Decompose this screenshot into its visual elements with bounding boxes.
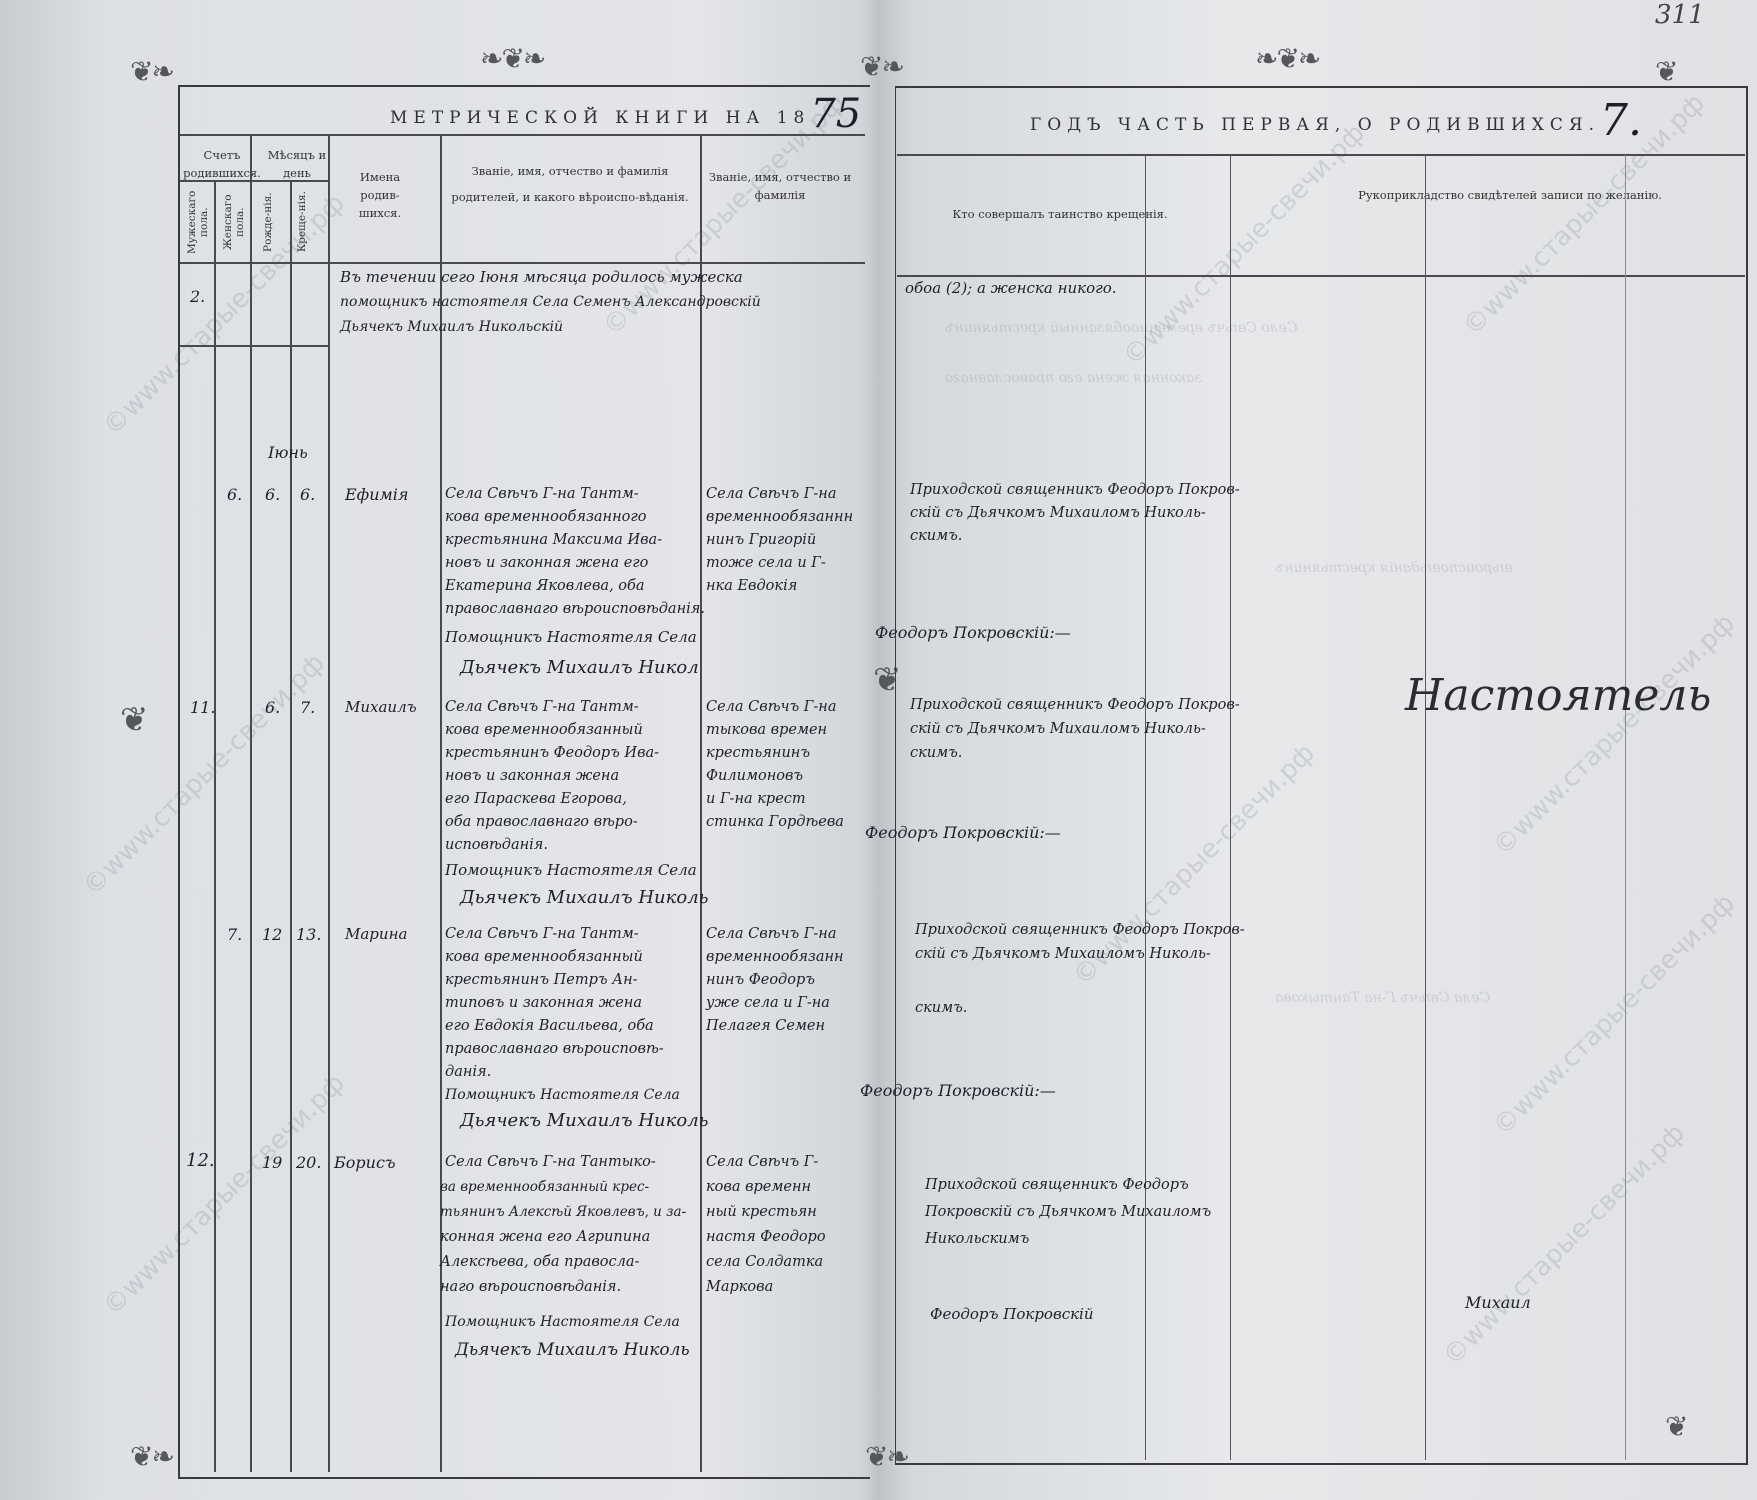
corner-ornament-icon: ❦❧ bbox=[130, 1440, 173, 1473]
header-rule bbox=[180, 180, 330, 182]
entry-child-name: Михаилъ bbox=[345, 695, 417, 720]
godparents-line: ный крестьян bbox=[706, 1200, 817, 1225]
clergy-signature: Дьячекъ Михаилъ Николь bbox=[460, 1108, 708, 1133]
godparents-line: Села Свѣчъ Г-на bbox=[706, 482, 836, 507]
baptized-by-line: скій съ Дьячкомъ Михаиломъ Николь- bbox=[910, 501, 1206, 526]
godparents-line: стинка Гордѣева bbox=[706, 810, 844, 835]
parents-line: кова временнообязанный bbox=[445, 945, 643, 970]
column-line bbox=[328, 135, 330, 1472]
entry-baptism-day: 7. bbox=[300, 698, 315, 717]
bleed-through-text: вѣроисповѣданія крестьянинъ bbox=[1275, 560, 1513, 576]
entry-birth-day: 6. bbox=[265, 698, 280, 717]
parents-line: крестьянинъ Феодоръ Ива- bbox=[445, 741, 659, 766]
godparents-line: кова временн bbox=[706, 1175, 811, 1200]
parents-line: данія. bbox=[445, 1060, 491, 1085]
baptized-by-line: скимъ. bbox=[910, 524, 962, 549]
parents-line: его Параскева Егорова, bbox=[445, 787, 627, 812]
parents-line: Екатерина Яковлева, оба bbox=[445, 574, 645, 599]
parents-line: Села Свѣчъ Г-на Тантм- bbox=[445, 922, 639, 947]
baptized-by-line: скій съ Дьячкомъ Михаиломъ Николь- bbox=[910, 717, 1206, 742]
header-witnesses: Рукоприкладство свидѣтелей записи по жел… bbox=[1305, 178, 1715, 212]
entry-baptism-day: 20. bbox=[296, 1153, 321, 1172]
baptized-by-line: Приходской священникъ Феодоръ Покров- bbox=[910, 693, 1240, 718]
entry-summary-line: Въ течении сего Іюня мѣсяца родилось муж… bbox=[340, 265, 743, 290]
entry-summary-line: Дьячекъ Михаилъ Никольскій bbox=[340, 315, 563, 340]
clergy-signature: Помощникъ Настоятеля Села bbox=[445, 625, 697, 650]
godparents-line: нинъ Феодоръ bbox=[706, 968, 815, 993]
witness-signature: Михаил bbox=[1465, 1290, 1531, 1315]
parents-line: тьянинъ Алексѣй Яковлевъ, и за- bbox=[440, 1200, 686, 1225]
parents-line: православнаго вѣроисповѣданія. bbox=[445, 597, 705, 622]
parents-line: Села Свѣчъ Г-на Тантыко- bbox=[445, 1150, 656, 1175]
left-page: ❦❧ ❧❦❧ ❦❧ ❦ МЕТРИЧЕСКОЙ КНИГИ НА 1875 Сч… bbox=[0, 0, 865, 1500]
corner-ornament-icon: ❦❧ bbox=[130, 55, 173, 88]
bleed-through-text: Село Свѣчъ временнообязанный крестьянинъ bbox=[945, 320, 1298, 336]
open-register-book: ©www.старые-свечи.рф ©www.старые-свечи.р… bbox=[0, 0, 1757, 1500]
godparents-line: уже села и Г-на bbox=[706, 991, 830, 1016]
parents-line: Села Свѣчъ Г-на Тантм- bbox=[445, 695, 639, 720]
parents-line: Села Свѣчъ Г-на Тантм- bbox=[445, 482, 639, 507]
side-ornament-icon: ❦ bbox=[120, 700, 147, 740]
clergy-signature: Помощникъ Настоятеля Села bbox=[445, 1310, 680, 1335]
header-birth: Рожде-нія. bbox=[262, 186, 286, 258]
parents-line: исповѣданія. bbox=[445, 833, 548, 858]
entry-birth-day: 12 bbox=[262, 925, 282, 944]
superior-signature: Настоятель bbox=[1405, 670, 1711, 721]
top-ornament-icon: ❧❦❧ bbox=[1255, 42, 1319, 75]
godparents-line: Маркова bbox=[706, 1275, 773, 1300]
godparents-line: нка Евдокія bbox=[706, 574, 797, 599]
entry-summary-right: обоа (2); а женска никого. bbox=[905, 276, 1117, 301]
baptized-by-line: Приходской священникъ Феодоръ bbox=[925, 1173, 1189, 1198]
parents-line: наго вѣроисповѣданія. bbox=[440, 1275, 621, 1300]
entry-baptism-day: 6. bbox=[300, 485, 315, 504]
baptized-by-line: Никольскимъ bbox=[925, 1227, 1029, 1252]
column-line bbox=[700, 135, 702, 1472]
godparents-line: настя Феодоро bbox=[706, 1225, 826, 1250]
godparents-line: села Солдатка bbox=[706, 1250, 823, 1275]
clergy-signature: Помощникъ Настоятеля Села bbox=[445, 858, 697, 883]
bleed-through-text: законная жена его православнаго bbox=[945, 370, 1202, 386]
header-bottom-rule bbox=[180, 262, 865, 264]
godparents-line: тыкова времен bbox=[706, 718, 827, 743]
entry-male-no: 2. bbox=[190, 287, 205, 306]
godparents-line: временнообязанн bbox=[706, 945, 844, 970]
godparents-line: Села Свѣчъ Г- bbox=[706, 1150, 818, 1175]
parents-line: крестьянинъ Петръ Ан- bbox=[445, 968, 638, 993]
corner-ornament-icon: ❦❧ bbox=[860, 50, 903, 83]
row-rule bbox=[180, 345, 330, 347]
parents-line: ва временнообязанный крес- bbox=[440, 1175, 649, 1200]
column-line bbox=[250, 135, 252, 1472]
parents-line: православнаго вѣроисповѣ- bbox=[445, 1037, 664, 1062]
parents-line: конная жена его Агрипина bbox=[440, 1225, 650, 1250]
header-baptized-by: Кто совершалъ таинство крещенія. bbox=[930, 205, 1190, 223]
baptized-by-line: скій съ Дьячкомъ Михаиломъ Николь- bbox=[915, 942, 1211, 967]
entry-child-name: Борисъ bbox=[334, 1150, 396, 1175]
month-note: Іюнь bbox=[268, 440, 308, 465]
baptized-by-line: Покровскій съ Дьячкомъ Михаиломъ bbox=[925, 1200, 1211, 1225]
clergy-signature: Дьячекъ Михаилъ Никол bbox=[460, 655, 699, 680]
godparents-line: тоже села и Г- bbox=[706, 551, 826, 576]
title-rule bbox=[897, 154, 1745, 156]
entry-summary-line: помощникъ настоятеля Села Семенъ Алексан… bbox=[340, 290, 761, 315]
parents-line: новъ и законная жена bbox=[445, 764, 619, 789]
priest-signature: Феодоръ Покровскій bbox=[930, 1302, 1094, 1327]
entry-female-no: 7. bbox=[227, 925, 242, 944]
godparents-line: Филимоновъ bbox=[706, 764, 803, 789]
column-line bbox=[1145, 155, 1146, 1460]
parents-line: кова временнообязанного bbox=[445, 505, 646, 530]
baptized-by-line: скимъ. bbox=[910, 741, 962, 766]
header-godparents: Званіе, имя, отчество и фамилія воспріем… bbox=[705, 168, 855, 208]
header-male: Мужескаго пола. bbox=[186, 186, 214, 258]
handwritten-year: 75 bbox=[810, 91, 861, 137]
header-parents: Званіе, имя, отчество и фамилія родителе… bbox=[450, 158, 690, 210]
header-month-day: Мѣсяцъ и день bbox=[266, 146, 328, 182]
entry-baptism-day: 13. bbox=[296, 925, 321, 944]
clergy-signature: Дьячекъ Михаилъ Николь bbox=[455, 1338, 690, 1363]
priest-signature: Феодоръ Покровскій:— bbox=[865, 820, 1061, 845]
bleed-through-text: Села Свѣчъ Г-на Тантыкова bbox=[1275, 990, 1490, 1006]
parents-line: Алексѣева, оба правосла- bbox=[440, 1250, 639, 1275]
column-line bbox=[1625, 155, 1626, 1460]
column-line bbox=[290, 182, 292, 1472]
title-rule bbox=[180, 134, 865, 136]
corner-page-number: 311 bbox=[1655, 0, 1705, 30]
entry-male-no: 11. bbox=[190, 698, 215, 717]
godparents-line: Села Свѣчъ Г-на bbox=[706, 922, 836, 947]
baptized-by-line: скимъ. bbox=[915, 996, 967, 1021]
clergy-signature: Помощникъ Настоятеля Села bbox=[445, 1083, 680, 1108]
right-page: ❦❧ ❧❦❧ ❦ ❦ ❦❧ ❦ 311 ГОДЪ ЧАСТЬ ПЕРВАЯ, О… bbox=[855, 0, 1757, 1500]
entry-birth-day: 6. bbox=[265, 485, 280, 504]
column-line bbox=[214, 182, 216, 1472]
handwritten-page-number: 7. bbox=[1600, 96, 1642, 146]
godparents-line: крестьянинъ bbox=[706, 741, 810, 766]
corner-ornament-icon: ❦ bbox=[1655, 55, 1676, 88]
header-baptism: Креще-нія. bbox=[296, 186, 320, 258]
godparents-line: Пелагея Семен bbox=[706, 1014, 825, 1039]
parents-line: кова временнообязанный bbox=[445, 718, 643, 743]
left-page-title: МЕТРИЧЕСКОЙ КНИГИ НА 1875 bbox=[390, 98, 861, 128]
parents-line: оба православнаго вѣро- bbox=[445, 810, 638, 835]
baptized-by-line: Приходской священникъ Феодоръ Покров- bbox=[910, 478, 1240, 503]
header-names: Имена родив-шихся. bbox=[340, 168, 420, 222]
parents-line: типовъ и законная жена bbox=[445, 991, 642, 1016]
entry-female-no: 6. bbox=[227, 485, 242, 504]
parents-line: новъ и законная жена его bbox=[445, 551, 648, 576]
column-line bbox=[1425, 155, 1426, 1460]
baptized-by-line: Приходской священникъ Феодоръ Покров- bbox=[915, 918, 1245, 943]
godparents-line: Села Свѣчъ Г-на bbox=[706, 695, 836, 720]
top-ornament-icon: ❧❦❧ bbox=[480, 42, 544, 75]
entry-child-name: Ефимія bbox=[345, 482, 408, 507]
header-female: Женскаго пола. bbox=[222, 186, 250, 258]
clergy-signature: Дьячекъ Михаилъ Николь bbox=[460, 885, 708, 910]
column-line bbox=[1230, 155, 1231, 1460]
godparents-line: и Г-на крест bbox=[706, 787, 806, 812]
entry-child-name: Марина bbox=[345, 922, 407, 947]
entry-male-no: 12. bbox=[186, 1150, 215, 1171]
priest-signature: Феодоръ Покровскій:— bbox=[875, 620, 1071, 645]
parents-line: крестьянина Максима Ива- bbox=[445, 528, 662, 553]
priest-signature: Феодоръ Покровскій:— bbox=[860, 1078, 1056, 1103]
right-page-title: ГОДЪ ЧАСТЬ ПЕРВАЯ, О РОДИВШИХСЯ. bbox=[1030, 115, 1600, 135]
godparents-line: временнообязаннн bbox=[706, 505, 853, 530]
entry-birth-day: 19 bbox=[262, 1153, 282, 1172]
parents-line: его Евдокія Васильева, оба bbox=[445, 1014, 654, 1039]
godparents-line: нинъ Григорій bbox=[706, 528, 816, 553]
